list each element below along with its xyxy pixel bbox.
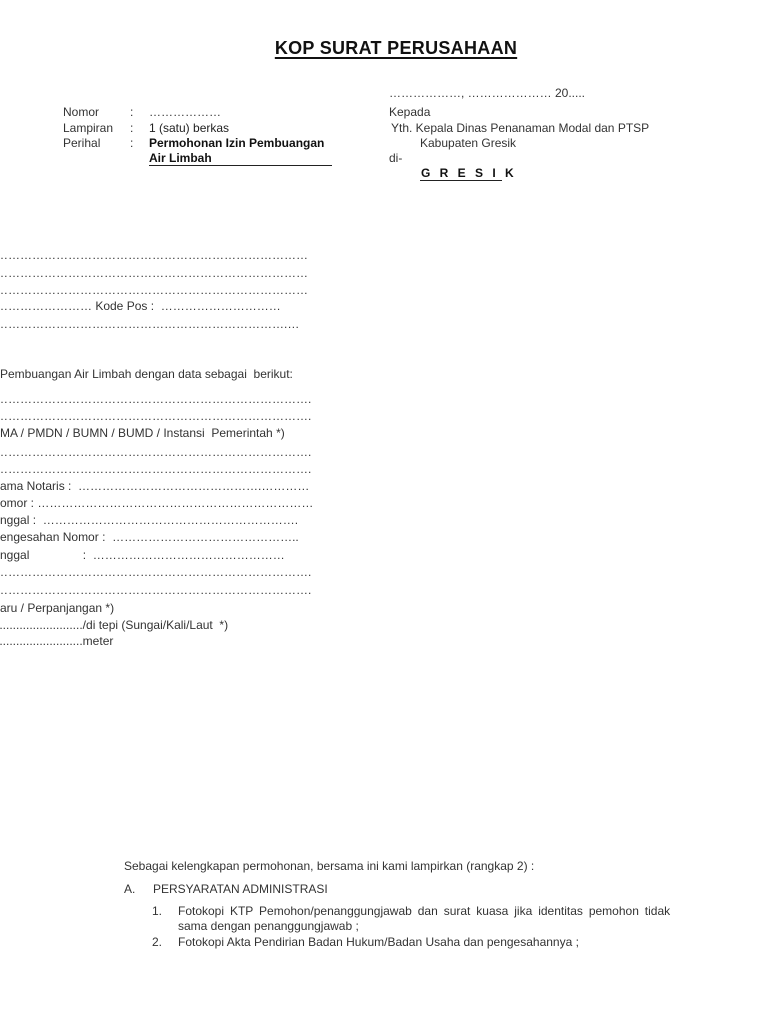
data-line-notary: ama Notaris : ……………………………………….…………	[0, 480, 309, 492]
data-line: …………………………………………………………………….	[0, 566, 311, 578]
data-line: …………………………………………………………………….	[0, 393, 311, 405]
intro-text: Pembuangan Air Limbah dengan data sebaga…	[0, 368, 293, 380]
nomor-sep: :	[130, 106, 133, 118]
data-line-permit-type: aru / Perpanjangan *)	[0, 602, 114, 614]
item-number: 1.	[152, 905, 162, 917]
lampiran-sep: :	[130, 122, 133, 134]
perihal-underline	[149, 165, 332, 166]
recipient-city: G R E S I K	[421, 167, 517, 179]
nomor-value: ………………	[149, 106, 221, 118]
data-line-nomor: omor : ……………………………………………………………	[0, 497, 313, 509]
perihal-value-line2: Air Limbah	[149, 152, 212, 164]
kepada-label: Kepada	[389, 106, 430, 118]
recipient-region: Kabupaten Gresik	[420, 137, 516, 149]
data-line: …………………………………………………………………….	[0, 463, 311, 475]
item-number: 2.	[152, 936, 162, 948]
recipient-title: Yth. Kepala Dinas Penanaman Modal dan PT…	[391, 122, 649, 134]
applicant-line: ……………………………………………………………………	[0, 249, 308, 261]
lampiran-label: Lampiran	[63, 122, 113, 134]
section-title: PERSYARATAN ADMINISTRASI	[153, 883, 328, 895]
di-label: di-	[389, 152, 402, 164]
data-line: …………………………………………………………………….	[0, 410, 311, 422]
data-line-location: ........................../di tepi (Sung…	[0, 619, 228, 631]
applicant-line: ……………………………………………………………………	[0, 284, 308, 296]
item-text-line2: sama dengan penanggungjawab ;	[178, 920, 359, 932]
data-line-pengesahan: engesahan Nomor : ………………………………………..	[0, 531, 299, 543]
applicant-line: ……………………………………………………………………	[0, 267, 308, 279]
perihal-value-line1: Permohonan Izin Pembuangan	[149, 137, 324, 149]
data-line: …………………………………………………………………….	[0, 446, 311, 458]
perihal-sep: :	[130, 137, 133, 149]
applicant-line-postal: …………………… Kode Pos : …………………………	[0, 300, 281, 312]
data-line: …………………………………………………………………….	[0, 584, 311, 596]
item-text-line1: Fotokopi Akta Pendirian Badan Hukum/Bada…	[178, 936, 579, 948]
section-letter: A.	[124, 883, 135, 895]
applicant-line: ……………………………………………………………….…	[0, 318, 299, 330]
data-line-distance: ..........................meter	[0, 635, 113, 647]
perihal-label: Perihal	[63, 137, 100, 149]
item-text-line1: Fotokopi KTP Pemohon/penanggungjawab dan…	[178, 905, 670, 917]
data-line-tanggal: nggal : …………………………………………	[0, 549, 285, 561]
data-line-tanggal: nggal : ……………………………………………………….	[0, 514, 298, 526]
city-underline	[420, 180, 502, 181]
attachments-intro: Sebagai kelengkapan permohonan, bersama …	[124, 860, 534, 872]
date-line: ………………, ………………… 20.....	[389, 87, 585, 99]
lampiran-value: 1 (satu) berkas	[149, 122, 229, 134]
data-line-company-type: MA / PMDN / BUMN / BUMD / Instansi Pemer…	[0, 427, 285, 439]
nomor-label: Nomor	[63, 106, 99, 118]
letterhead-title: KOP SURAT PERUSAHAAN	[0, 39, 768, 57]
